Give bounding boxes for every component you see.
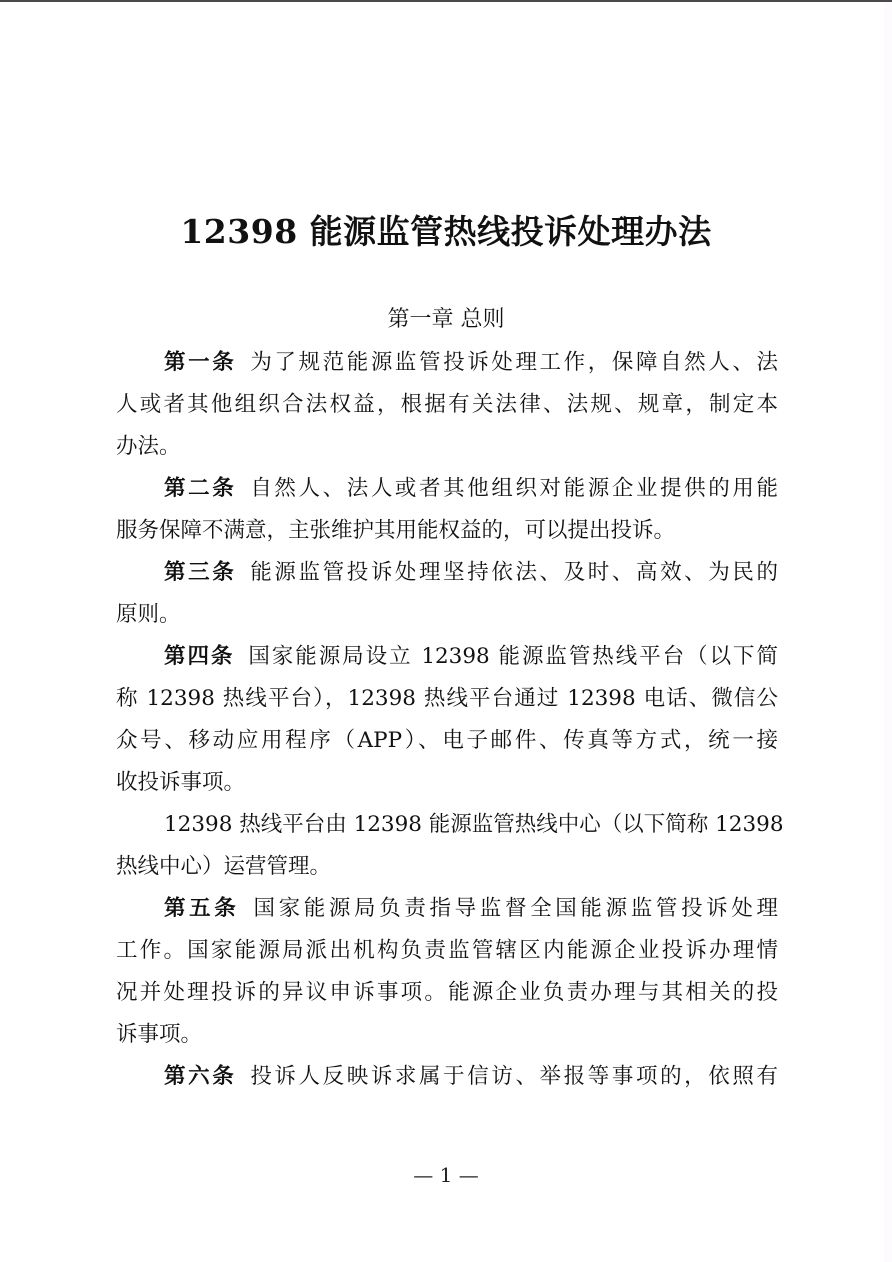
page-top-border <box>0 0 892 2</box>
article-label: 第三条 <box>164 560 236 585</box>
article-1-line-2: 人或者其他组织合法权益，根据有关法律、法规、规章，制定本 <box>116 384 778 426</box>
document-title: 12398 能源监管热线投诉处理办法 <box>0 210 892 254</box>
article-5-line-4: 诉事项。 <box>116 1014 778 1056</box>
page-right-edge <box>884 2 892 1262</box>
article-label: 第一条 <box>164 350 236 375</box>
article-3-line-2: 原则。 <box>116 594 778 636</box>
article-6-line-1: 第六条投诉人反映诉求属于信访、举报等事项的，依照有 <box>164 1056 778 1098</box>
article-label: 第五条 <box>164 896 239 921</box>
article-4-line-2: 称 12398 热线平台），12398 热线平台通过 12398 电话、微信公 <box>116 678 778 720</box>
article-2-line-2: 服务保障不满意，主张维护其用能权益的，可以提出投诉。 <box>116 510 778 552</box>
article-5-line-3: 况并处理投诉的异议申诉事项。能源企业负责办理与其相关的投 <box>116 972 778 1014</box>
chapter-heading: 第一章 总则 <box>0 303 892 337</box>
page-number: — 1 — <box>0 1160 892 1190</box>
article-1-line-3: 办法。 <box>116 426 778 468</box>
article-5-line-1: 第五条国家能源局负责指导监督全国能源监管投诉处理 <box>164 888 778 930</box>
article-4-para-2-line-1: 12398 热线平台由 12398 能源监管热线中心（以下简称 12398 <box>164 804 778 846</box>
article-label: 第四条 <box>164 644 234 669</box>
article-4-para-2-line-2: 热线中心）运营管理。 <box>116 846 778 888</box>
article-label: 第二条 <box>164 476 236 501</box>
article-4-line-1: 第四条国家能源局设立 12398 能源监管热线平台（以下简 <box>164 636 778 678</box>
article-5-line-2: 工作。国家能源局派出机构负责监管辖区内能源企业投诉办理情 <box>116 930 778 972</box>
article-1-line-1: 第一条为了规范能源监管投诉处理工作，保障自然人、法 <box>164 342 778 384</box>
article-label: 第六条 <box>164 1064 236 1089</box>
article-4-line-3: 众号、移动应用程序（APP）、电子邮件、传真等方式，统一接 <box>116 720 778 762</box>
article-3-line-1: 第三条能源监管投诉处理坚持依法、及时、高效、为民的 <box>164 552 778 594</box>
article-2-line-1: 第二条自然人、法人或者其他组织对能源企业提供的用能 <box>164 468 778 510</box>
article-4-line-4: 收投诉事项。 <box>116 762 778 804</box>
